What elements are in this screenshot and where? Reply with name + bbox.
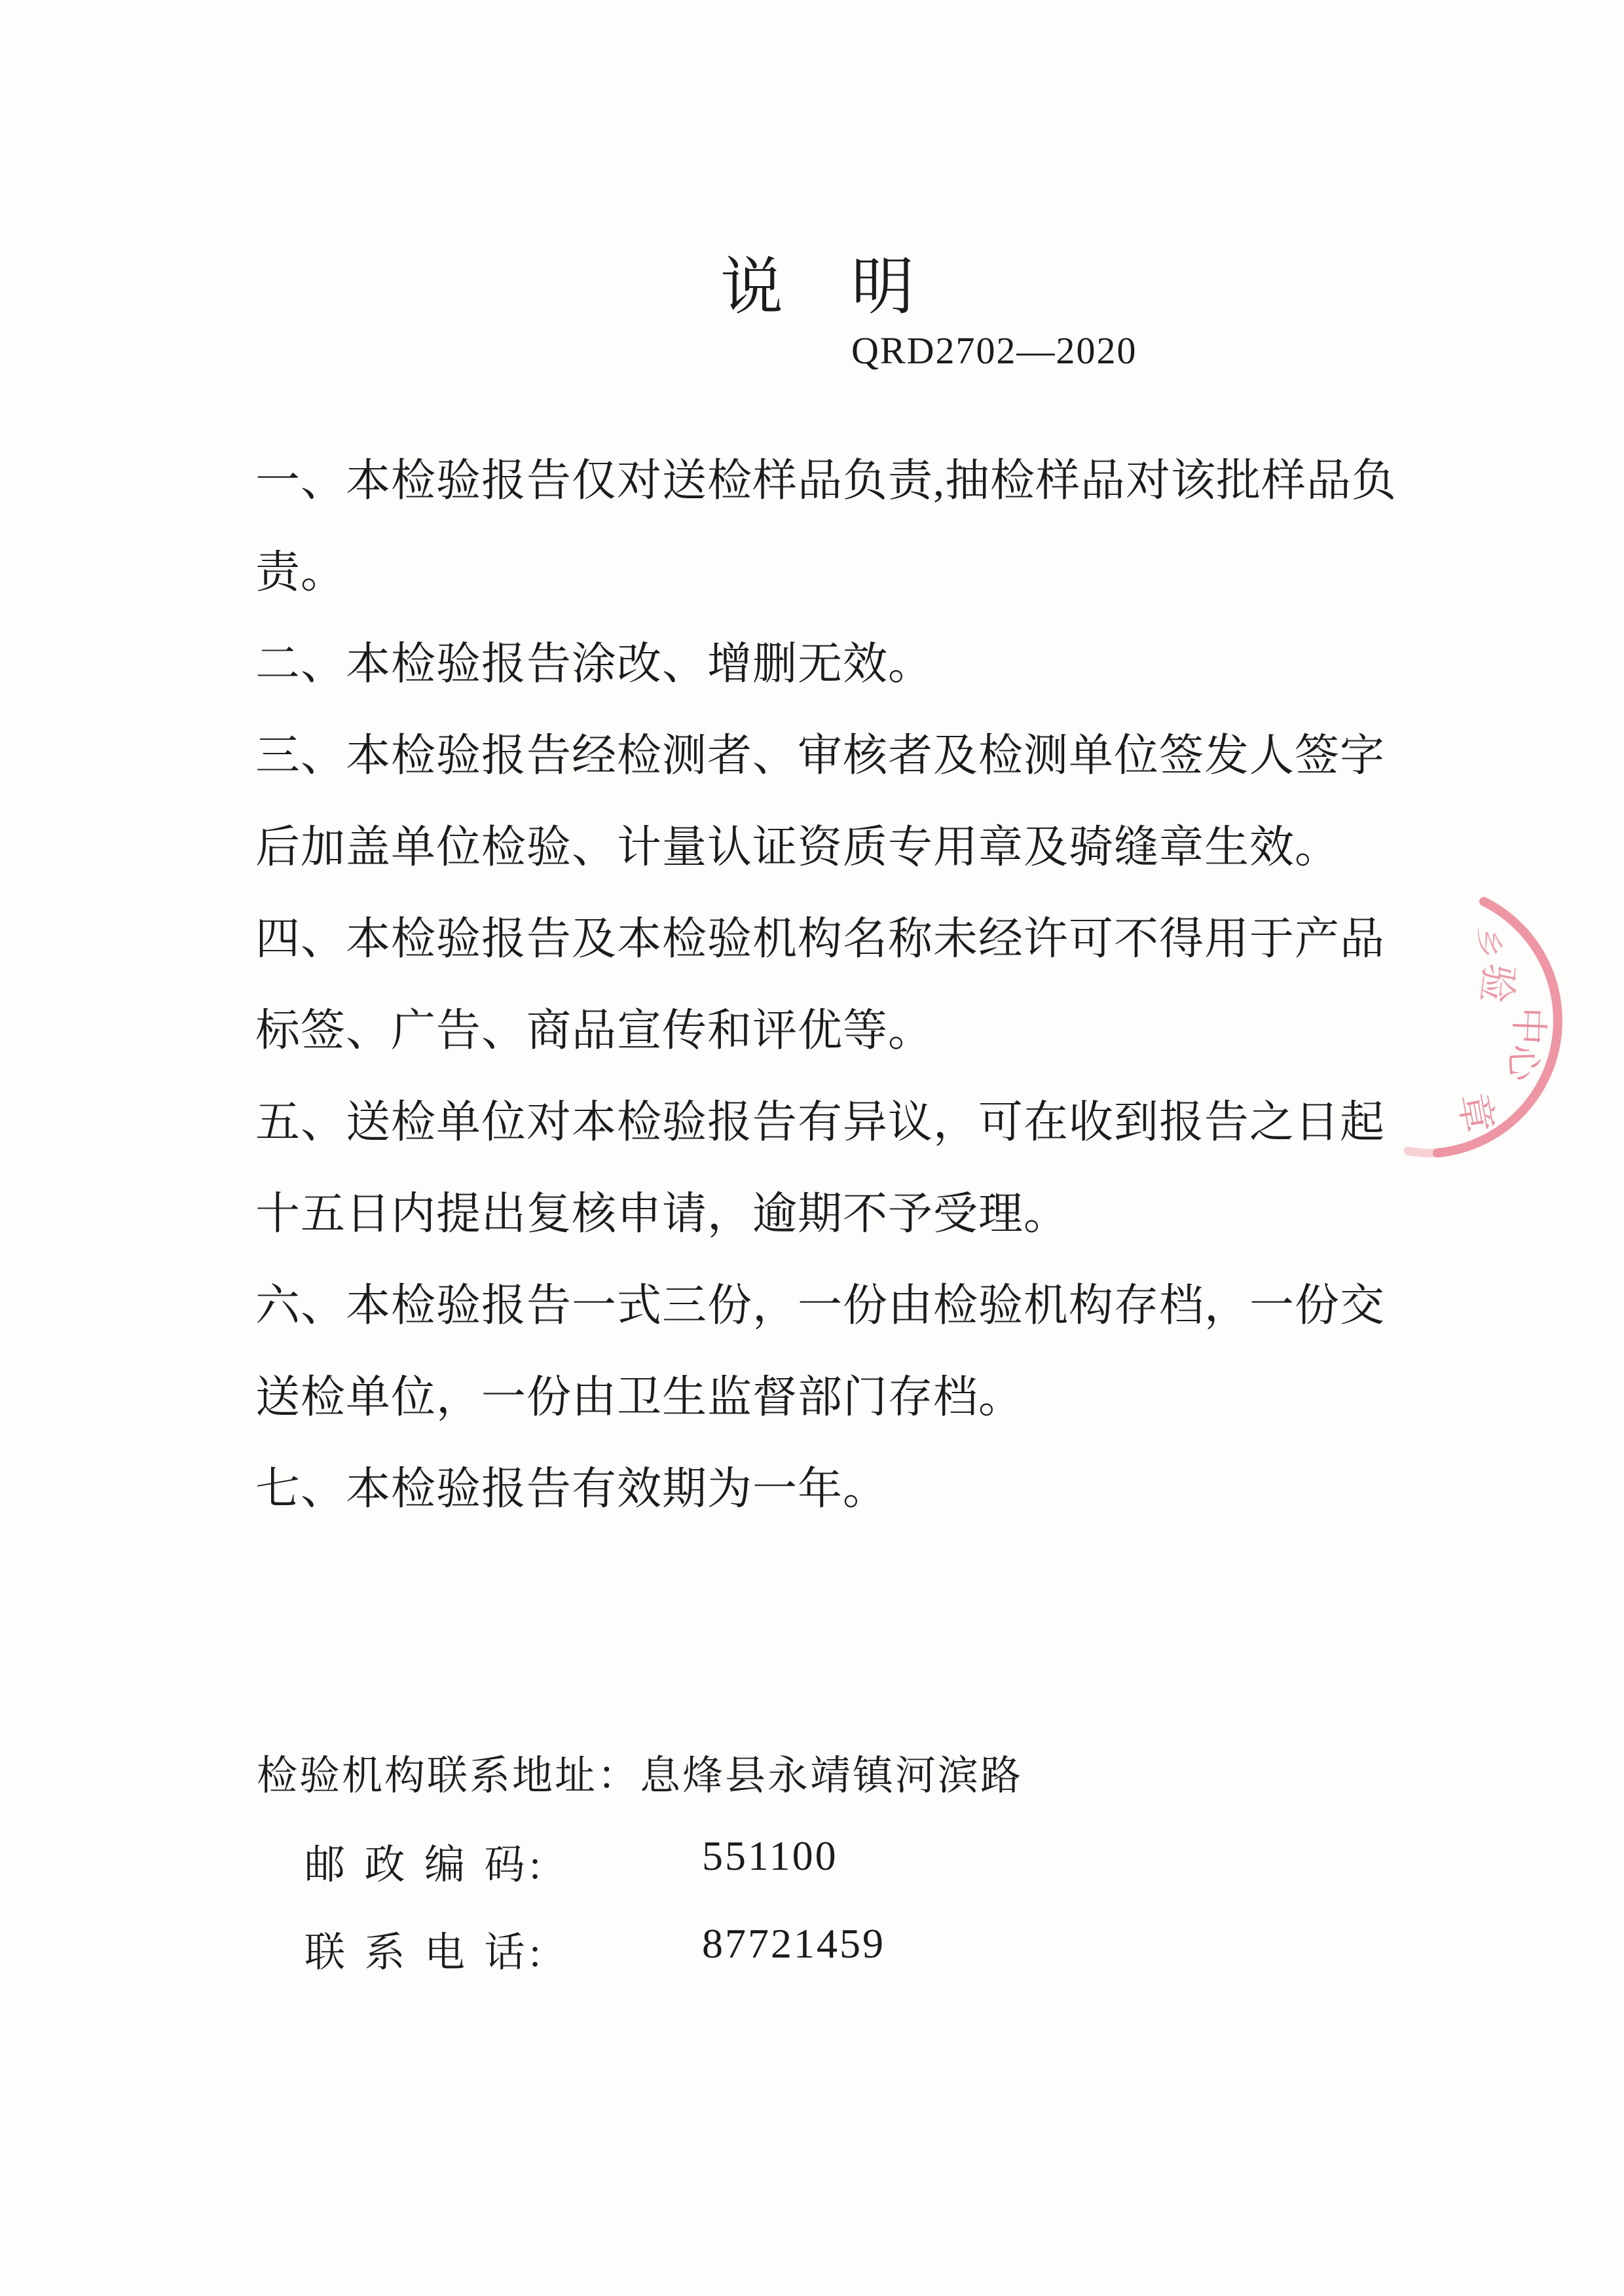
- stamp-arc-faded: [1408, 1151, 1437, 1153]
- note-line: 十五日内提出复核申请，逾期不予受理。: [255, 1168, 1408, 1260]
- postcode-value: 551100: [702, 1832, 838, 1880]
- postcode-label: 邮 政 编 码:: [304, 1832, 545, 1890]
- phone-value: 87721459: [702, 1920, 885, 1968]
- document-code: QRD2702—2020: [851, 329, 1137, 373]
- phone-label: 联 系 电 话:: [304, 1920, 545, 1978]
- note-line: 一、本检验报告仅对送检样品负责,抽检样品对该批样品负: [255, 435, 1408, 526]
- page-title: 说 明: [7, 237, 1624, 327]
- note-line: 责。: [255, 526, 1408, 618]
- note-line: 后加盖单位检验、计量认证资质专用章及骑缝章生效。: [255, 801, 1408, 893]
- note-line: 五、送检单位对本检验报告有异议，可在收到报告之日起: [255, 1076, 1408, 1168]
- note-line: 二、本检验报告涂改、增删无效。: [255, 618, 1408, 710]
- stamp-glyph: 验: [1473, 961, 1521, 1006]
- contact-address: 检验机构联系地址：息烽县永靖镇河滨路: [257, 1743, 1023, 1801]
- note-line: 四、本检验报告及本检验机构名称未经许可不得用于产品: [255, 893, 1408, 985]
- notes-list: 一、本检验报告仅对送检样品负责,抽检样品对该批样品负 责。 二、本检验报告涂改、…: [255, 435, 1408, 1535]
- stamp-glyph: 章: [1450, 1090, 1500, 1137]
- note-line: 三、本检验报告经检测者、审核者及检测单位签发人签字: [255, 710, 1408, 801]
- stamp-glyph: 乡: [1469, 925, 1507, 960]
- note-line: 六、本检验报告一式三份，一份由检验机构存档，一份交: [255, 1260, 1408, 1351]
- note-line: 七、本检验报告有效期为一年。: [255, 1443, 1408, 1535]
- stamp-glyph: 心: [1502, 1044, 1543, 1083]
- note-line: 标签、广告、商品宣传和评优等。: [255, 985, 1408, 1076]
- stamp-arc: [1437, 902, 1558, 1153]
- scanned-report-note-page: 说 明 QRD2702—2020 一、本检验报告仅对送检样品负责,抽检样品对该批…: [0, 0, 1624, 2296]
- note-line: 送检单位，一份由卫生监督部门存档。: [255, 1351, 1408, 1443]
- stamp-glyph: 中: [1507, 1006, 1551, 1046]
